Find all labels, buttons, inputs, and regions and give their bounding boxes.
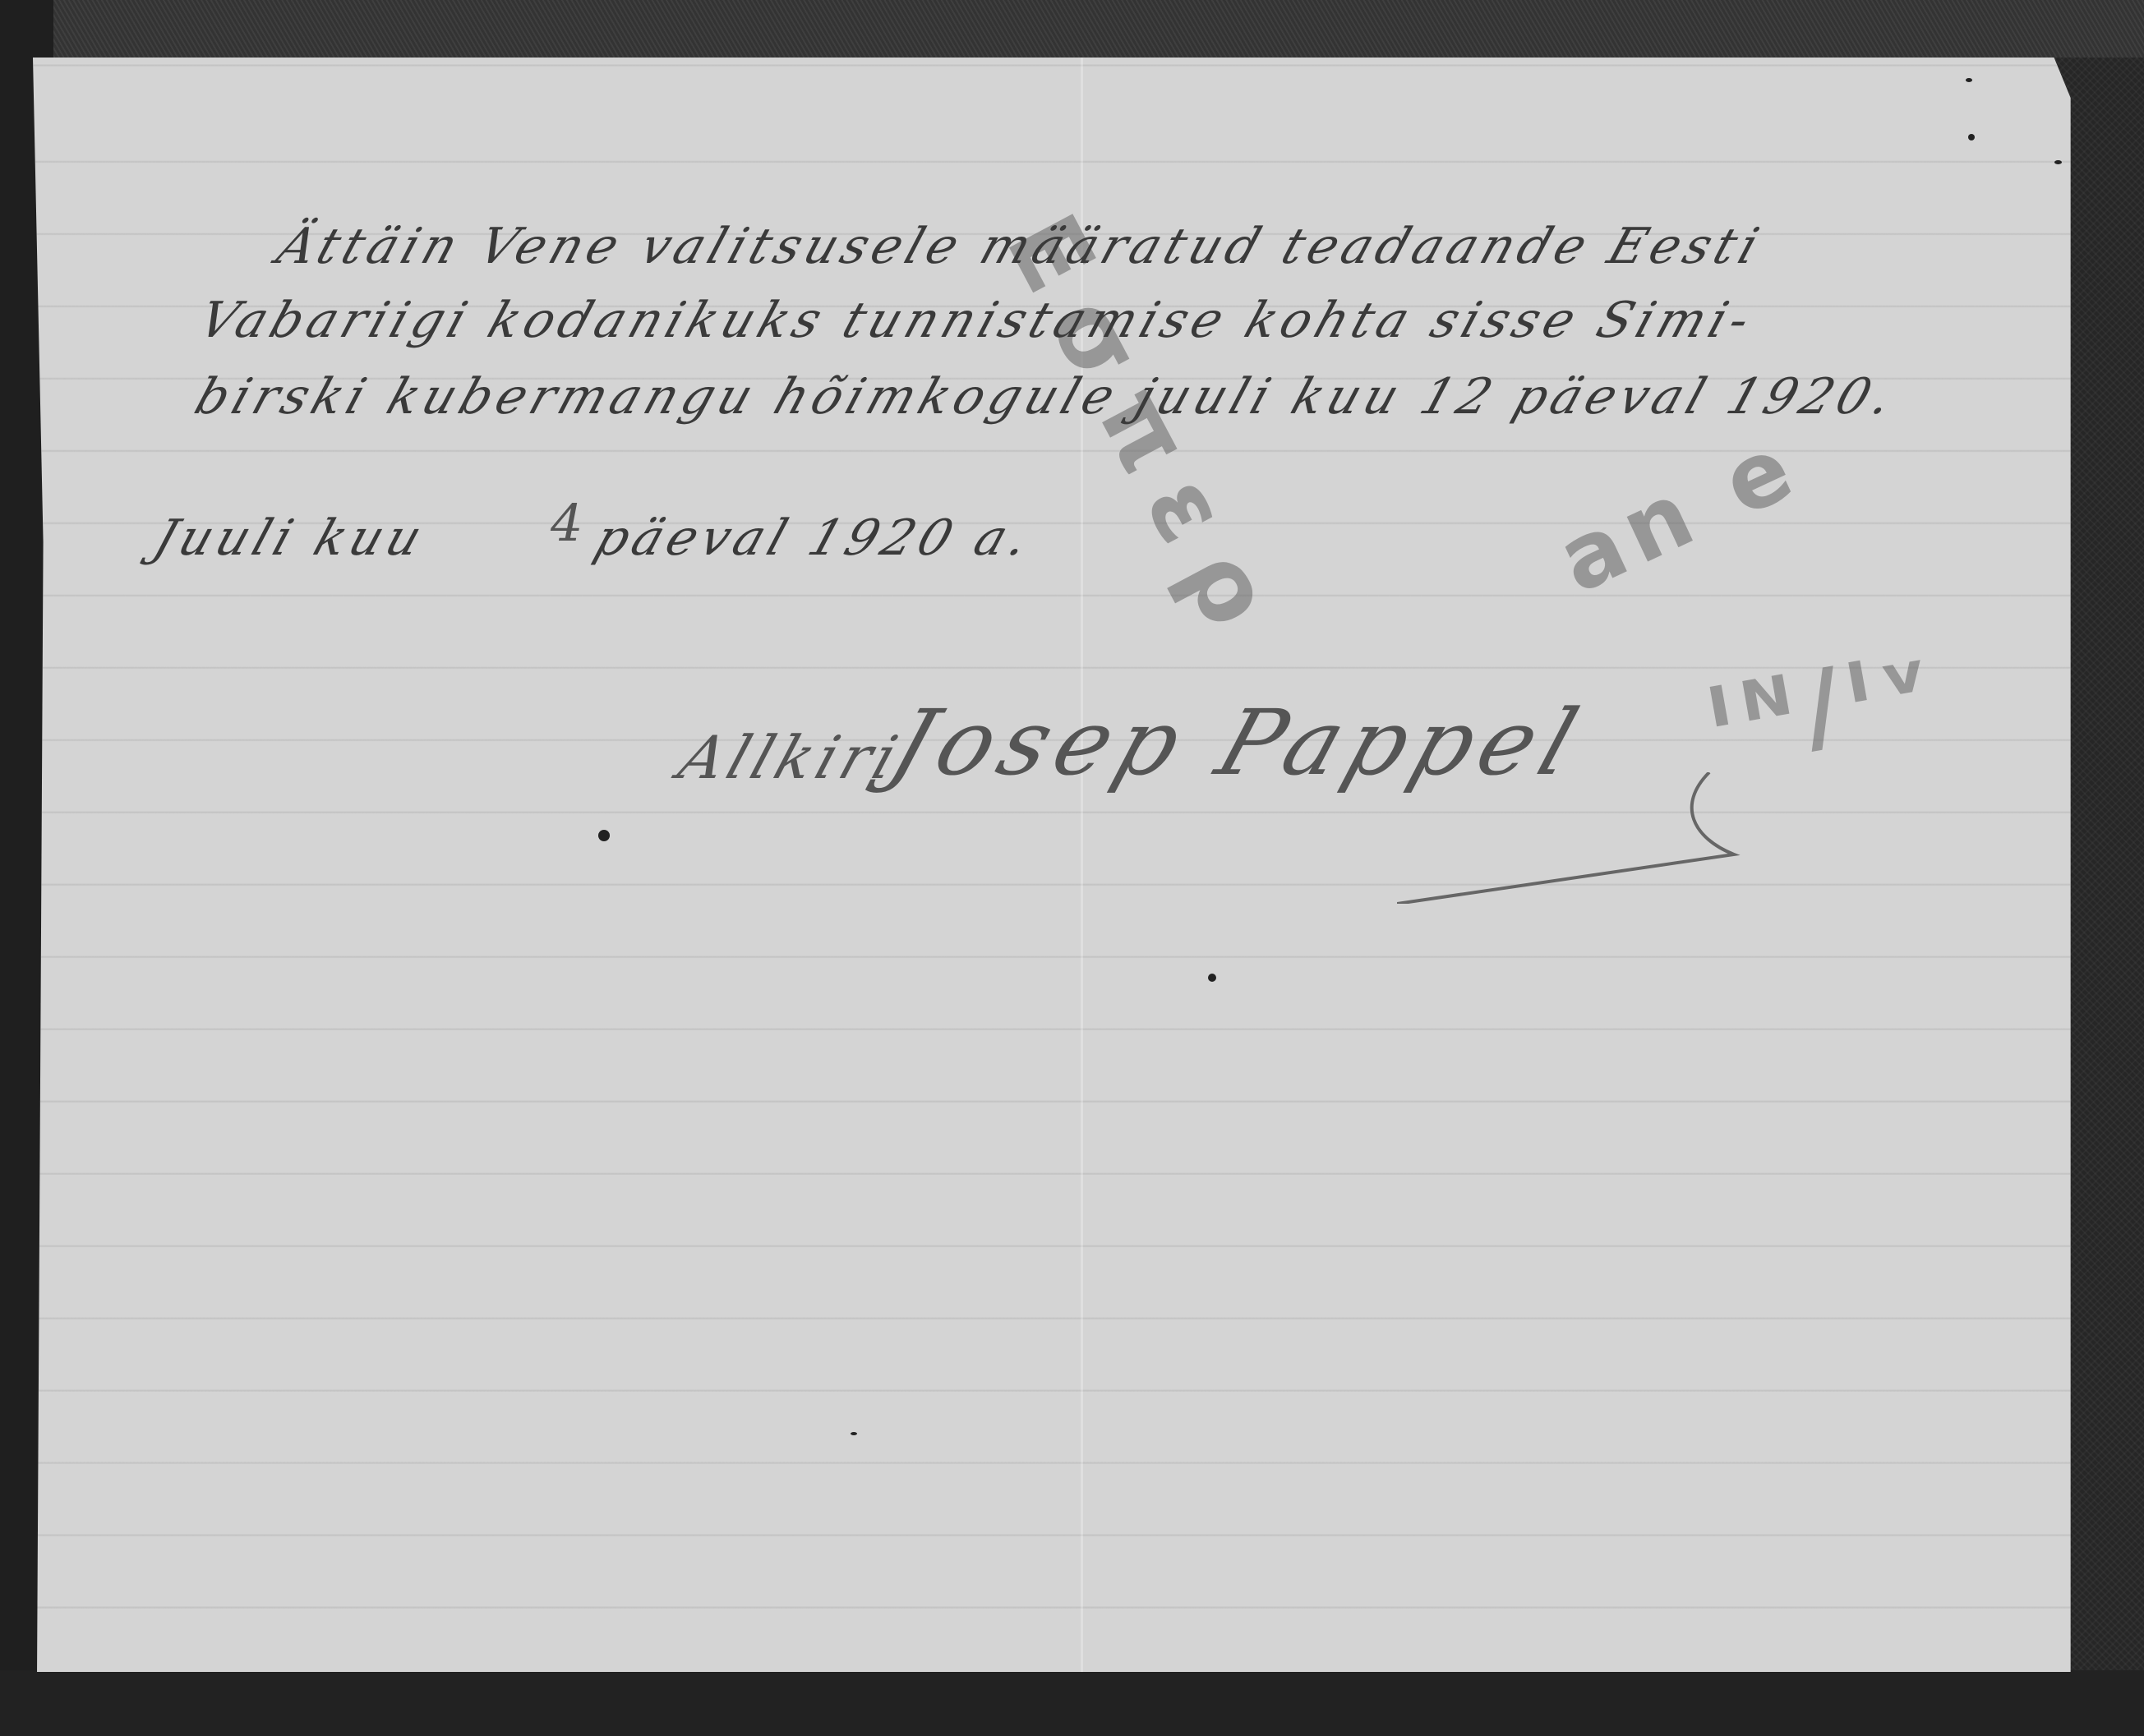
ink-spot [851, 1432, 857, 1435]
body-line-1: Ättäin Vene valitsusele määratud teadaan… [270, 218, 1771, 275]
signature-flourish-icon [1397, 772, 1742, 904]
ink-spot [598, 830, 610, 841]
ink-spot [1208, 974, 1216, 982]
ink-spot [1968, 134, 1975, 140]
signature-label: Allkiri [671, 723, 910, 792]
date-suffix: päeval 1920 a. [588, 509, 1040, 567]
date-day: 4 [551, 493, 583, 553]
ink-spot [2054, 160, 2062, 164]
date-prefix: Juuli kuu [147, 509, 434, 567]
date-line: Juuli kuu päeval 1920 a. [147, 509, 1041, 567]
body-line-2: Vabariigi kodanikuks tunnistamise kohta … [192, 292, 1762, 349]
ink-spot [1966, 78, 1972, 82]
body-line-3: birski kubermangu hõimkogule juuli kuu 1… [188, 368, 1904, 426]
binder-cover-top [53, 0, 2144, 58]
binder-cover-bottom [0, 1670, 2144, 1736]
